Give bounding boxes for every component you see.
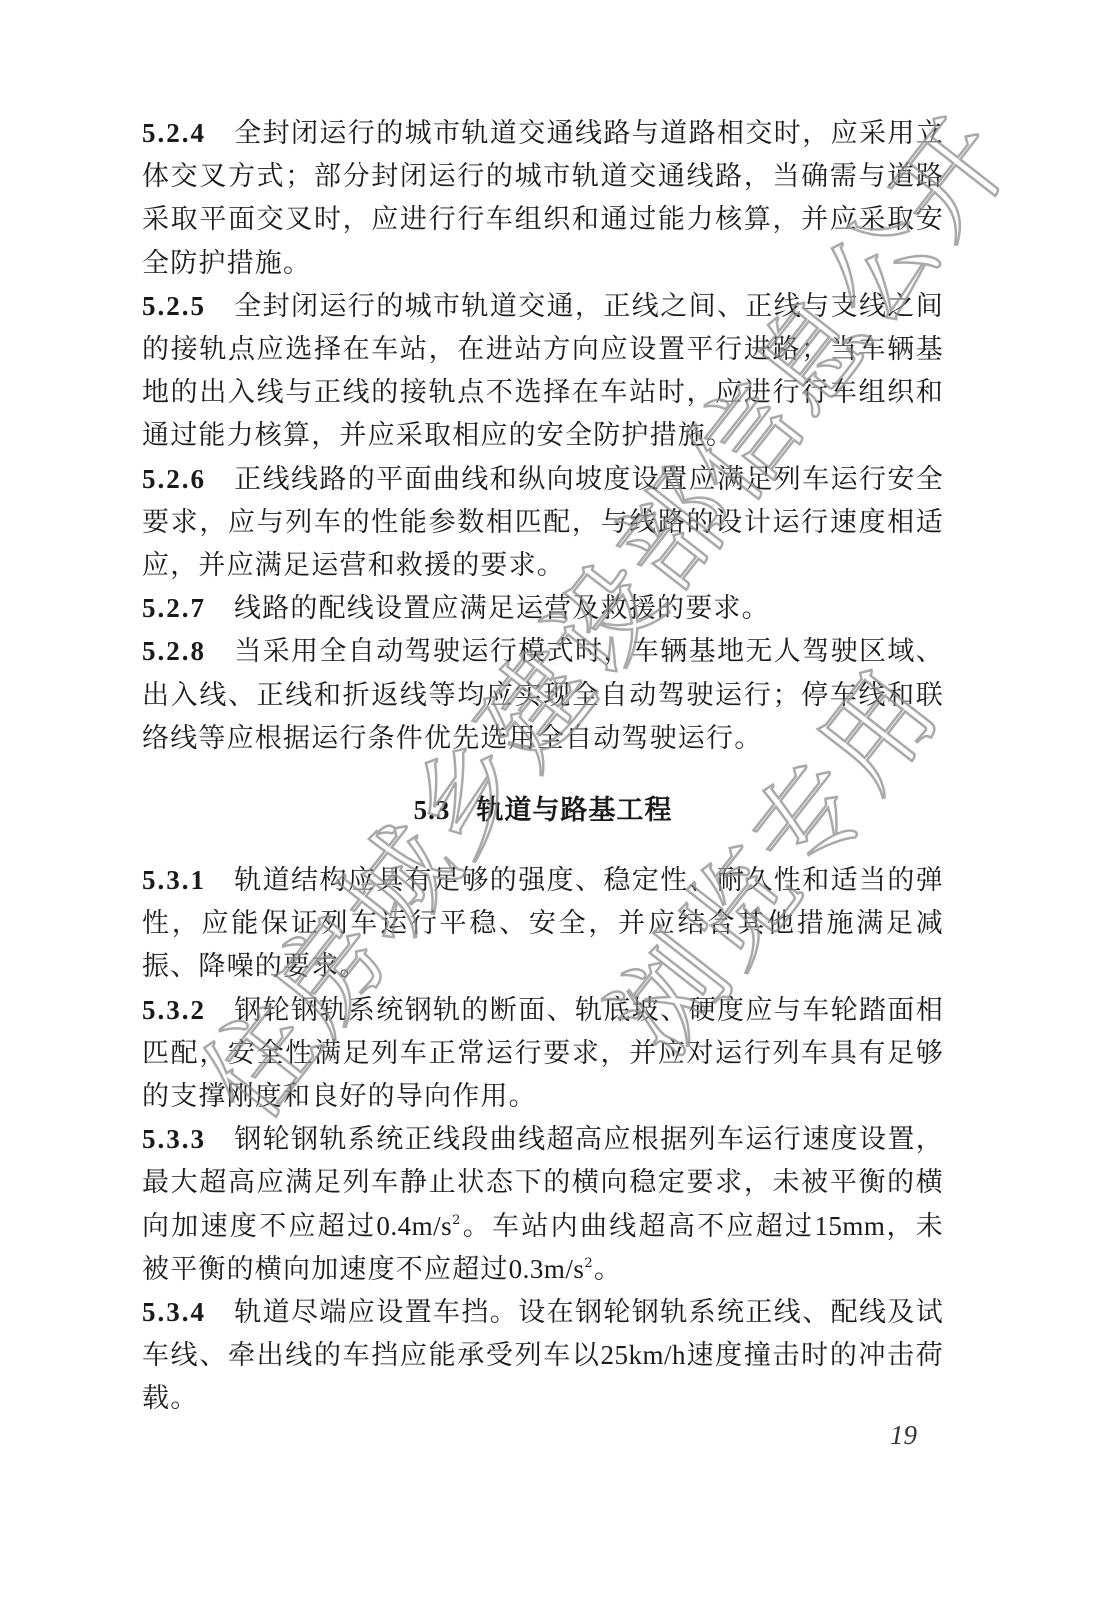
clause-number: 5.2.6 — [142, 464, 206, 494]
clause-number: 5.2.4 — [142, 118, 206, 148]
clause-5-2-6: 5.2.6正线线路的平面曲线和纵向坡度设置应满足列车运行安全要求，应与列车的性能… — [142, 458, 944, 588]
clause-text: 。 — [594, 1254, 622, 1285]
section-number: 5.3 — [414, 795, 451, 825]
superscript: 2 — [452, 1213, 461, 1228]
clause-5-3-3: 5.3.3钢轮钢轨系统正线段曲线超高应根据列车运行速度设置，最大超高应满足列车静… — [142, 1118, 944, 1291]
clause-text: 全封闭运行的城市轨道交通，正线之间、正线与支线之间的接轨点应选择在车站，在进站方… — [142, 291, 944, 452]
section-title: 轨道与路基工程 — [476, 795, 672, 826]
clause-text: 。车站内曲线超高不应超过 — [462, 1211, 815, 1242]
page-content: 5.2.4全封闭运行的城市轨道交通线路与道路相交时，应采用立体交叉方式；部分封闭… — [142, 112, 944, 1421]
clause-text: 当采用全自动驾驶运行模式时，车辆基地无人驾驶区域、出入线、正线和折返线等均应实现… — [142, 636, 944, 753]
clause-number: 5.3.3 — [142, 1124, 206, 1154]
clause-number: 5.2.7 — [142, 593, 206, 623]
superscript: 2 — [584, 1256, 593, 1271]
clause-5-2-5: 5.2.5全封闭运行的城市轨道交通，正线之间、正线与支线之间的接轨点应选择在车站… — [142, 285, 944, 458]
clause-number: 5.2.5 — [142, 291, 206, 321]
page-number: 19 — [890, 1420, 917, 1451]
clause-5-2-8: 5.2.8当采用全自动驾驶运行模式时，车辆基地无人驾驶区域、出入线、正线和折返线… — [142, 630, 944, 760]
clause-text: 全封闭运行的城市轨道交通线路与道路相交时，应采用立体交叉方式；部分封闭运行的城市… — [142, 118, 944, 279]
clause-number: 5.2.8 — [142, 636, 206, 666]
clause-text: 轨道结构应具有足够的强度、稳定性、耐久性和适当的弹性，应能保证列车运行平稳、安全… — [142, 865, 944, 982]
clause-text: 钢轮钢轨系统钢轨的断面、轨底坡、硬度应与车轮踏面相匹配，安全性满足列车正常运行要… — [142, 995, 944, 1112]
clause-5-2-4: 5.2.4全封闭运行的城市轨道交通线路与道路相交时，应采用立体交叉方式；部分封闭… — [142, 112, 944, 285]
clause-5-2-7: 5.2.7线路的配线设置应满足运营及救援的要求。 — [142, 587, 944, 630]
acceleration-value: 0.3m/s — [509, 1254, 585, 1284]
clause-text: 正线线路的平面曲线和纵向坡度设置应满足列车运行安全要求，应与列车的性能参数相匹配… — [142, 464, 944, 581]
clause-5-3-1: 5.3.1轨道结构应具有足够的强度、稳定性、耐久性和适当的弹性，应能保证列车运行… — [142, 859, 944, 989]
section-heading-5-3: 5.3轨道与路基工程 — [142, 790, 944, 831]
clause-number: 5.3.2 — [142, 995, 206, 1025]
clause-5-3-4: 5.3.4轨道尽端应设置车挡。设在钢轮钢轨系统正线、配线及试车线、牵出线的车挡应… — [142, 1291, 944, 1421]
clause-number: 5.3.1 — [142, 865, 206, 895]
speed-value: 25km/h — [601, 1340, 687, 1370]
superelevation-value: 15mm — [814, 1211, 885, 1241]
acceleration-value: 0.4m/s — [376, 1211, 452, 1241]
clause-5-3-2: 5.3.2钢轮钢轨系统钢轨的断面、轨底坡、硬度应与车轮踏面相匹配，安全性满足列车… — [142, 989, 944, 1119]
document-page: 5.2.4全封闭运行的城市轨道交通线路与道路相交时，应采用立体交叉方式；部分封闭… — [0, 0, 1103, 1597]
clause-number: 5.3.4 — [142, 1297, 206, 1327]
clause-text: 线路的配线设置应满足运营及救援的要求。 — [234, 593, 770, 624]
